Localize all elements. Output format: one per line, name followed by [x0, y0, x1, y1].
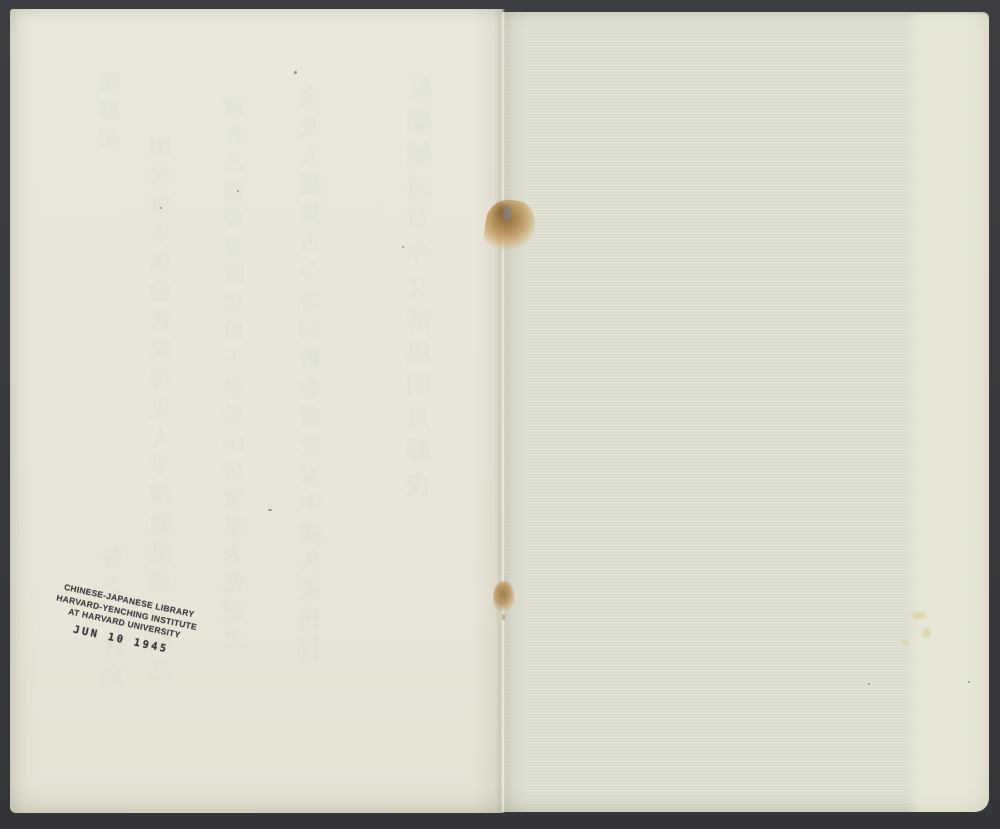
right-page — [502, 12, 989, 812]
bleedthrough-column: 題辭記 — [96, 70, 127, 154]
yellow-stain-mark — [922, 628, 931, 638]
yellow-stain-mark — [902, 640, 909, 645]
yellow-stain-mark — [912, 612, 926, 619]
book-scan: 紅蘭館詩草序文清風明月靜夜 余友人撰集古今詩詞數卷藏於家中歲久未刊行 歲在乙酉仲… — [0, 0, 1000, 829]
library-stamp: CHINESE-JAPANESE LIBRARY HARVARD-YENCHIN… — [33, 577, 218, 663]
bleedthrough-column: 余友人撰集古今詩詞數卷藏於家中歲久未刊行 — [295, 85, 330, 665]
bleedthrough-column: 歲在乙酉仲夏既望燈下書於山房筆墨未乾記之 — [220, 95, 251, 655]
bleedthrough-column: 紅蘭館詩草序文清風明月靜夜 — [402, 75, 439, 504]
right-page-edge-strip — [906, 14, 989, 812]
left-page: 紅蘭館詩草序文清風明月靜夜 余友人撰集古今詩詞數卷藏於家中歲久未刊行 歲在乙酉仲… — [10, 9, 502, 813]
small-stain — [493, 581, 515, 614]
